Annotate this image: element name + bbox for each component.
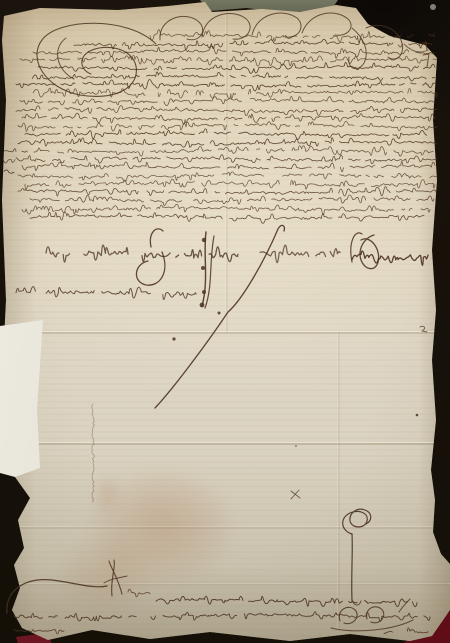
signature-tall-ascender-1: [150, 229, 163, 247]
ink-blot: [295, 445, 297, 447]
signature-row-line: [142, 247, 238, 262]
top-loop-1: [160, 16, 203, 40]
ink-blot: [201, 266, 205, 270]
margin-marks: [3, 149, 16, 174]
vertical-note-line: [92, 404, 95, 502]
main-text-block: [16, 30, 439, 224]
staff-line: [352, 534, 353, 600]
manuscript-photo: [0, 0, 450, 643]
subscription-line: [16, 287, 196, 300]
main-text-block-line: [22, 204, 430, 214]
top-loop-3: [252, 13, 301, 37]
small-right-edge-mark: [420, 326, 427, 332]
ink-blot: [172, 337, 175, 340]
top-loop-2: [202, 14, 250, 40]
petition-block-line: [128, 589, 157, 596]
petition-tall-stroke-1: [112, 560, 115, 596]
main-text-block-line: [74, 39, 439, 50]
petition-block-line: [156, 596, 422, 607]
signature-row-line: [260, 245, 340, 262]
x-mark: [291, 490, 300, 499]
margin-marks-line: [4, 149, 16, 152]
main-text-block-line: [22, 146, 438, 156]
corner-gray-blob: [430, 4, 436, 10]
margin-marks-line: [3, 159, 15, 163]
ink-blot: [218, 312, 221, 315]
petition-block-line: [384, 628, 428, 634]
main-text-block-line: [16, 106, 437, 116]
vertical-note: [92, 404, 95, 502]
main-text-block-line: [22, 113, 435, 124]
ink-blot: [202, 290, 206, 294]
main-text-block-line: [18, 187, 436, 196]
main-text-block-line: [18, 121, 437, 131]
main-text-block-line: [20, 97, 435, 106]
main-text-block-line: [16, 80, 435, 92]
signature-descender-loop: [136, 252, 164, 285]
top-loop-4: [302, 13, 351, 35]
flourish-group: [7, 13, 429, 631]
main-text-block-line: [25, 129, 437, 140]
signature-vertical-stroke-2: [205, 236, 214, 308]
main-text-block-line: [38, 62, 435, 73]
subscription-line-line: [16, 287, 196, 300]
main-text-block-line: [25, 179, 435, 190]
top-right-corner-flourish: [404, 44, 428, 52]
main-text-block-line: [18, 138, 437, 147]
margin-marks-line: [4, 170, 14, 173]
petition-sweep-flourish: [7, 580, 107, 613]
main-text-block-line: [30, 195, 434, 206]
staff-knot: [343, 509, 371, 534]
signature-row: [46, 245, 428, 265]
folio-corner-mark: [419, 42, 429, 67]
main-text-block-line: [150, 30, 434, 43]
signature-row-line: [352, 251, 428, 265]
bottom-rubric-underline: [331, 620, 413, 631]
main-text-block-line: [32, 72, 439, 81]
main-text-block-line: [16, 155, 437, 164]
petition-block-line: [14, 612, 430, 622]
petition-block-line: [14, 630, 64, 634]
handwriting-layer: [0, 0, 450, 643]
main-text-block-line: [30, 212, 424, 223]
signature-row-line: [46, 245, 128, 262]
ink-blot: [200, 303, 205, 308]
ink-blot: [416, 414, 419, 417]
ink-dot-group: [172, 238, 418, 447]
ink-blot: [202, 238, 206, 242]
main-text-block-line: [18, 172, 437, 181]
